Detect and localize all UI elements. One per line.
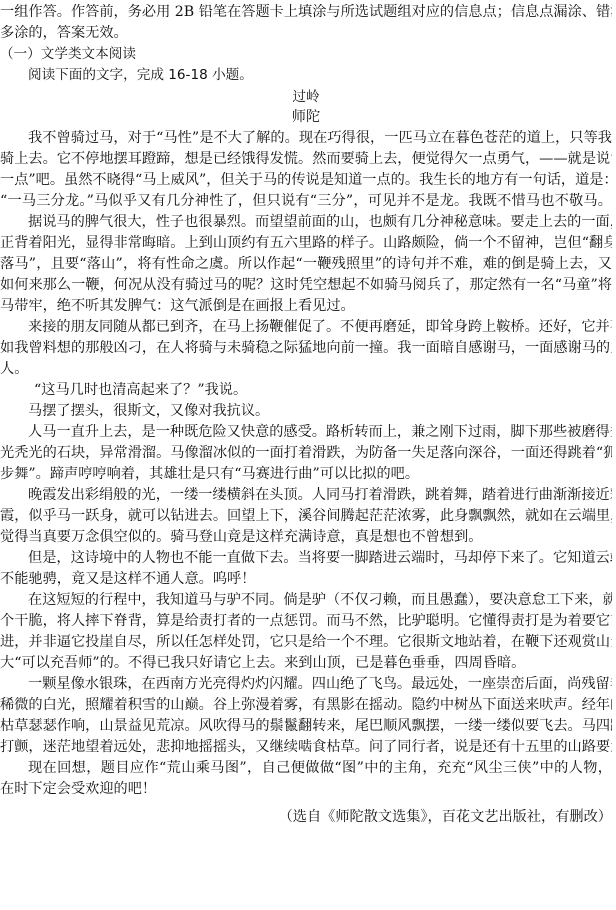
paragraph-line: 晚霞发出彩绢般的光，一缕一缕横斜在头顶。人同马打着滑跌，跳着舞，踏着进行曲渐渐接… [0,485,612,506]
paragraph-line: 个干脆，将人摔下脊背，算是给责打者的一点惩罚。而马不然，比驴聪明。它懂得责打是为… [0,611,612,632]
paragraph-line: 马带牢，绝不听其发脾气：这气派倒是在画报上看见过。 [0,296,612,317]
paragraph-line: 落马”，且要“落山”，将有性命之虞。所以作起“一鞭残照里”的诗句并不难，难的倒是… [0,254,612,275]
intro-line-1: 一组作答。作答前，务必用 2B 铅笔在答题卡上填涂与所选试题组对应的信息点；信息… [0,2,612,23]
paragraph-line: 步舞”。蹄声哼哼响着，其雄壮是只有“马赛进行曲”可以比拟的吧。 [0,464,612,485]
paragraph-line: 马摆了摆头，很斯文，又像对我抗议。 [0,401,612,422]
paragraph-line: “一马三分龙。”马似乎又有几分神性了，但只说有“三分”，可见并不是龙。我既不惜马… [0,191,612,212]
paragraph-line: 枯草瑟瑟作响，山景益见荒凉。风吹得马的鬃鬣翻转来，尾巴顺风飘摆，一缕一缕似要飞去… [0,716,612,737]
paragraph-line: 进，并非逼它投崖自尽，所以任怎样处罚，它只是给一个不理。它很斯文地站着，在鞭下还… [0,632,612,653]
paragraph-line: 我不曾骑过马，对于“马性”是不大了解的。现在巧得很，一匹马立在暮色苍茫的道上，只… [0,128,612,149]
intro-line-2: 多涂的，答案无效。 [0,23,612,44]
section-instruction: 阅读下面的文字，完成 16-18 小题。 [0,65,612,86]
paragraph-line: 一颗星像水银珠，在西南方光亮得灼灼闪耀。四山绝了飞鸟。最远处，一座崇峦后面，尚残… [0,674,612,695]
paragraph-line: 骑上去。它不停地摆耳蹬蹄，想是已经饿得发慌。然而要骑上去，便觉得欠一点勇气，——… [0,149,612,170]
paragraph-line: 光秃光的石块，异常滑溜。马像溜冰似的一面打着滑跌，为防备一失足落向深谷，一面还得… [0,443,612,464]
paragraph-line: 霞，似乎马一跃身，就可以钻进去。回望上下，溪谷间腾起茫茫浓雾，此身飘飘然，就如在… [0,506,612,527]
source-citation: （选自《师陀散文选集》，百花文艺出版社，有删改） [0,807,612,828]
paragraph-line: 在时下定会受欢迎的吧！ [0,779,612,800]
paragraph-line: 大“可以充吾师”的。不得已我只好请它上去。来到山顶，已是暮色垂垂，四周昏暗。 [0,653,612,674]
paragraph-line: 稀微的白光，照耀着积雪的山巅。谷上弥漫着雾，有黑影在摇动。隐约中树丛下面送来吠声… [0,695,612,716]
paragraph-line: 打颤，迷茫地望着远处，悲抑地摇摇头，又继续啮食枯草。问了同行者，说是还有十五里的… [0,737,612,758]
paragraph-line: “这马几时也清高起来了？”我说。 [0,380,616,401]
paragraph-line: 人。 [0,359,612,380]
paragraph-line: 如何来那么一鞭，何况从没有骑过马的呢？这时凭空想起不如骑马阅兵了，那定然有一名“… [0,275,612,296]
paragraph-line: 在这短短的行程中，我知道马与驴不同。倘是驴（不仅刁赖，而且愚蠢），要决意怠工下来… [0,590,612,611]
paragraph-line: 正背着阳光，显得非常晦暗。上到山顶约有五六里路的样子。山路颇险，倘一个不留神，岂… [0,233,612,254]
paragraph-line: 觉得当真要万念俱空似的。骑马登山竟是这样充满诗意，真是想也不曾想到。 [0,527,612,548]
paragraph-line: 据说马的脾气很大，性子也很暴烈。而望望前面的山，也颇有几分神秘意味。要走上去的一… [0,212,612,233]
section-heading: （一）文学类文本阅读 [0,44,612,65]
article-author: 师陀 [0,107,612,128]
paragraph-line: 但是，这诗境中的人物也不能一直做下去。当将要一脚踏进云端时，马却停下来了。它知道… [0,548,612,569]
paragraph-line: 人马一直升上去，是一种既危险又快意的感受。路析转而上，兼之刚下过雨，脚下那些被磨… [0,422,612,443]
paragraph-line: 来接的朋友同随从都已到齐，在马上扬鞭催促了。不便再磨延，即耸身跨上鞍桥。还好，它… [0,317,612,338]
paragraph-line: 不能驰骋，竟又是这样不通人意。呜呼！ [0,569,612,590]
paragraph-line: 现在回想，题目应作“荒山乘马图”，自己便做做“图”中的主角，充充“风尘三侠”中的… [0,758,612,779]
paragraph-line: 一点”吧。虽然不晓得“马上威风”，但关于马的传说是知道一点的。我生长的地方有一句… [0,170,612,191]
paragraph-line: 如我曾料想的那般凶刁，在人将骑与未骑稳之际猛地向前一撞。我一面暗自感谢马，一面感… [0,338,612,359]
article-title: 过岭 [0,87,612,108]
